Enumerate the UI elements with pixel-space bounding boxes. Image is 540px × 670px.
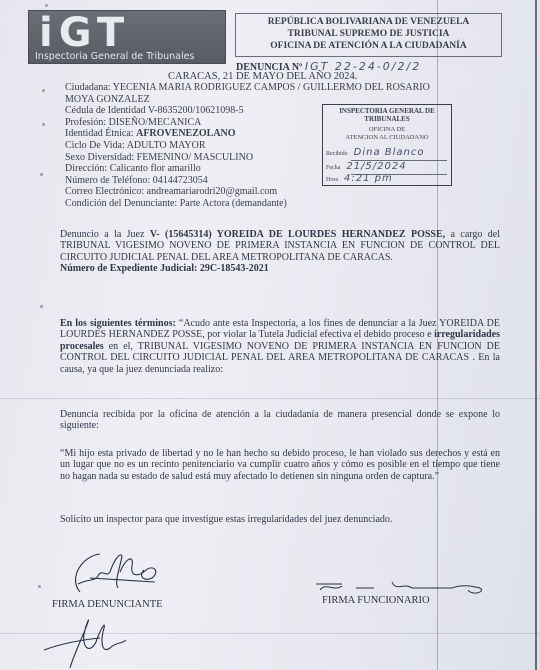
paper-edge (535, 0, 537, 670)
header-line: REPÚBLICA BOLIVARIANA DE VENEZUELA (236, 16, 501, 28)
judge-name: V- (15645314) YOREIDA DE LOURDES HERNAND… (150, 229, 445, 240)
complainant-signature-label: FIRMA DENUNCIANTE (52, 599, 163, 610)
stamp-subtitle: OFICINA DE ATENCION AL CIUDADANO (323, 126, 451, 141)
stamp-received-label: Recibido (326, 151, 348, 157)
complainant-signature (60, 548, 170, 600)
stamp-time-value: 4:21 pm (344, 173, 393, 184)
terms-text: en el, TRIBUNAL VIGESIMO NOVENO DE PRIME… (60, 341, 500, 375)
complaint-document: iGT Inspectoria General de Tribunales RE… (0, 0, 540, 670)
header-line: TRIBUNAL SUPREMO DE JUSTICIA (236, 28, 501, 40)
institution-header: REPÚBLICA BOLIVARIANA DE VENEZUELA TRIBU… (235, 13, 502, 57)
email: Correo Electrónico: andreamariarodri20@g… (65, 186, 430, 198)
secondary-signature (40, 614, 140, 670)
logo-subtitle: Inspectoria General de Tribunales (35, 51, 194, 62)
judge-intro: Denuncio a la Juez (60, 229, 150, 240)
punch-hole (42, 123, 45, 126)
request-paragraph: Solicito un inspector para que investigu… (60, 514, 500, 525)
stamp-time-label: Hora (326, 177, 338, 183)
terms-label: En los siguientes términos: (60, 318, 176, 329)
punch-hole (40, 173, 43, 176)
punch-hole (42, 89, 45, 92)
document-date: CARACAS, 21 DE MAYO DEL AÑO 2024. (168, 71, 357, 82)
judge-section: Denuncio a la Juez V- (15645314) YOREIDA… (60, 229, 500, 275)
complainant-condition: Condición del Denunciante: Parte Actora … (65, 198, 430, 210)
stamp-subtitle-line: ATENCION AL CIUDADANO (323, 134, 451, 142)
logo-mark: iGT (39, 13, 130, 53)
stamp-title: INSPECTORIA GENERAL DE TRIBUNALES (323, 107, 451, 123)
stamp-received-value: Dina Blanco (354, 147, 425, 158)
stamp-date-value: 21/5/2024 (346, 161, 406, 172)
ethnic-identity-label: Identidad Étnica: (65, 128, 136, 139)
paper-fold-horizontal (0, 398, 540, 399)
punch-hole (38, 585, 41, 588)
stamp-received-row: RecibidoDina Blanco (326, 147, 425, 158)
complaint-quote: “Mi hijo esta privado de libertad y no l… (60, 448, 500, 482)
reception-stamp: INSPECTORIA GENERAL DE TRIBUNALES OFICIN… (322, 104, 452, 186)
header-line: OFICINA DE ATENCIÓN A LA CIUDADANÍA (236, 40, 501, 52)
stamp-subtitle-line: OFICINA DE (323, 126, 451, 134)
stamp-title-line: INSPECTORIA GENERAL DE (323, 107, 451, 115)
punch-hole (45, 4, 48, 7)
case-file-number: Número de Expediente Judicial: 29C-18543… (60, 263, 269, 274)
stamp-date-row: Fecha21/5/2024 (326, 161, 407, 172)
igt-logo: iGT Inspectoria General de Tribunales (28, 10, 226, 64)
stamp-date-label: Fecha (326, 165, 340, 171)
terms-paragraph: En los siguientes términos: “Acudo ante … (60, 318, 500, 375)
stamp-time-row: Hora4:21 pm (326, 173, 393, 184)
citizen-name: Ciudadana: YECENIA MARIA RODRIGUEZ CAMPO… (65, 82, 430, 94)
stamp-title-line: TRIBUNALES (323, 115, 451, 123)
received-paragraph: Denuncia recibida por la oficina de aten… (60, 409, 500, 432)
ethnic-identity-value: AFROVENEZOLANO (136, 128, 235, 139)
official-signature-label: FIRMA FUNCIONARIO (322, 595, 430, 606)
punch-hole (40, 305, 43, 308)
